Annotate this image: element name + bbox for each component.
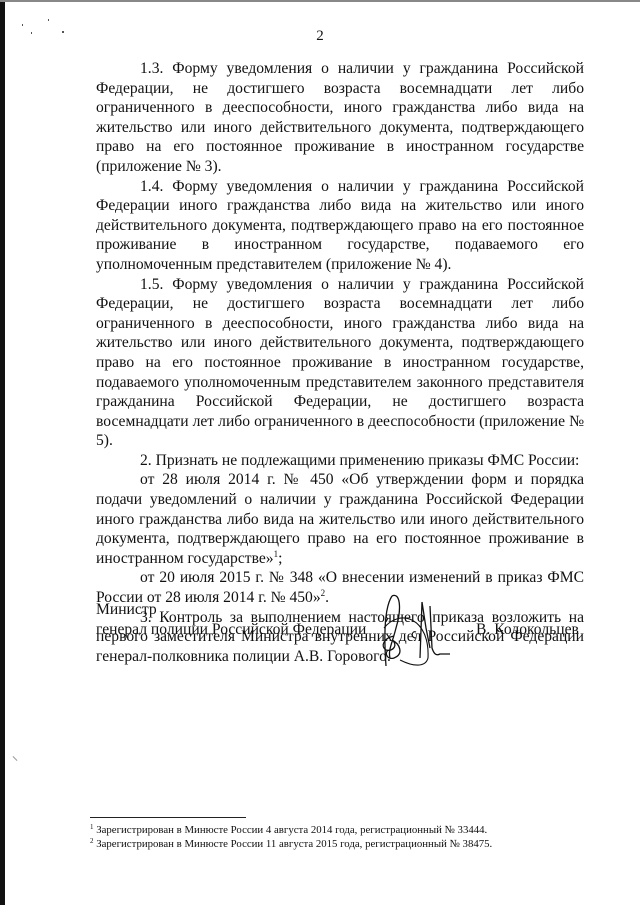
scan-speck <box>48 19 49 21</box>
footnote-separator <box>90 817 246 818</box>
paragraph-2a-text: от 28 июля 2014 г. № 450 «Об утверждении… <box>96 471 584 566</box>
paragraph-1-4: 1.4. Форму уведомления о наличии у гражд… <box>96 177 584 275</box>
scan-mark <box>13 756 18 761</box>
document-body: 1.3. Форму уведомления о наличии у гражд… <box>96 59 584 666</box>
paragraph-2: 2. Признать не подлежащими применению пр… <box>96 451 584 471</box>
paragraph-1-3: 1.3. Форму уведомления о наличии у гражд… <box>96 59 584 177</box>
footnote-1-marker: 1 <box>90 823 94 831</box>
paragraph-1-5: 1.5. Форму уведомления о наличии у гражд… <box>96 275 584 451</box>
scan-left-edge <box>0 2 5 905</box>
footnote-2: 2 Зарегистрирован в Минюсте России 11 ав… <box>90 838 492 852</box>
signer-title-line2: генерал полиции Российской Федерации <box>96 620 366 640</box>
footnote-1-text: Зарегистрирован в Минюсте России 4 авгус… <box>96 824 487 836</box>
scan-speck <box>22 24 23 26</box>
footnote-2-marker: 2 <box>90 837 94 845</box>
paragraph-2a-trail: ; <box>278 550 282 567</box>
footnotes: 1 Зарегистрирован в Минюсте России 4 авг… <box>90 824 492 851</box>
scan-top-edge <box>0 0 640 2</box>
footnote-2-text: Зарегистрирован в Минюсте России 11 авгу… <box>96 838 492 850</box>
footnote-1: 1 Зарегистрирован в Минюсте России 4 авг… <box>90 824 492 838</box>
signer-name: В. Колокольцев <box>476 620 579 640</box>
paragraph-2a: от 28 июля 2014 г. № 450 «Об утверждении… <box>96 470 584 568</box>
signature-block: Министр генерал полиции Российской Федер… <box>96 600 596 680</box>
signer-title-line1: Министр <box>96 600 157 620</box>
page-number: 2 <box>0 28 640 45</box>
handwritten-signature-icon <box>370 588 470 683</box>
